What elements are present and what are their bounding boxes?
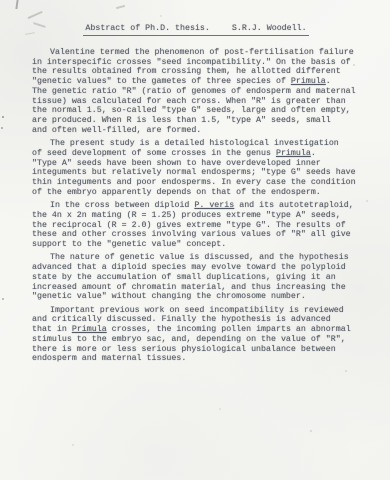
text-line: thin integuments and poor endosperms. In… <box>32 178 360 188</box>
abstract-page: Abstract of Ph.D. thesis.S.R.J. Woodell.… <box>32 24 360 368</box>
text-line: The nature of genetic value is discussed… <box>32 253 360 263</box>
text-line: The genetic ratio "R" (ratio of genomes … <box>32 87 360 97</box>
text-line: "Type A" seeds have been shown to have o… <box>32 159 360 169</box>
text-line: of the embryo apparently depends on that… <box>32 188 360 198</box>
text-line: "genetic values" to the gametes of three… <box>32 77 360 87</box>
abstract-paragraph: The present study is a detailed histolog… <box>32 139 360 198</box>
text-line: in interspecific crosses "seed incompati… <box>32 58 360 68</box>
text-line: "genetic value" without changing the chr… <box>32 292 360 302</box>
text-line: these and other crosses involving variou… <box>32 230 360 240</box>
title-thesis-label: Abstract of Ph.D. thesis. <box>85 24 209 34</box>
text-line: that in Primula crosses, the incoming po… <box>32 325 360 335</box>
page-title: Abstract of Ph.D. thesis.S.R.J. Woodell. <box>32 24 360 36</box>
abstract-paragraph: The nature of genetic value is discussed… <box>32 253 360 302</box>
abstract-paragraph: Valentine termed the phenomenon of post-… <box>32 48 360 136</box>
text-line: endosperm and maternal tissues. <box>32 354 360 364</box>
abstract-paragraph: Important previous work on seed incompat… <box>32 306 360 365</box>
text-line: and often well-filled, are formed. <box>32 126 360 136</box>
abstract-body: Valentine termed the phenomenon of post-… <box>32 48 360 364</box>
text-line: stimulus to the embryo sac, and, dependi… <box>32 335 360 345</box>
text-line: Important previous work on seed incompat… <box>32 306 360 316</box>
text-line: tissue) was calculated for each cross. W… <box>32 97 360 107</box>
text-line: advanced that a diploid species may evol… <box>32 263 360 273</box>
title-author-name: S.R.J. Woodell. <box>232 24 307 34</box>
text-line: the results obtained from crossing them,… <box>32 67 360 77</box>
text-line: of seed development of some crosses in t… <box>32 149 360 159</box>
text-line: In the cross between diploid P. veris an… <box>32 201 360 211</box>
text-line: Valentine termed the phenomenon of post-… <box>32 48 360 58</box>
page-title-underline: Abstract of Ph.D. thesis.S.R.J. Woodell. <box>83 24 308 36</box>
text-line: the 4n x 2n mating (R = 1.25) produces e… <box>32 211 360 221</box>
text-line: the normal 1.5, so-called "type G" seeds… <box>32 106 360 116</box>
text-line: the reciprocal (R = 2.0) gives extreme "… <box>32 221 360 231</box>
text-line: increased amount of chromatin material, … <box>32 283 360 293</box>
text-line: state by the accumulation of small dupli… <box>32 273 360 283</box>
text-line: and critically discussed. Finally the hy… <box>32 315 360 325</box>
abstract-paragraph: In the cross between diploid P. veris an… <box>32 201 360 250</box>
text-line: there is more or less serious physiologi… <box>32 345 360 355</box>
text-line: support to the "genetic value" concept. <box>32 240 360 250</box>
text-line: integuments but relatively normal endosp… <box>32 168 360 178</box>
text-line: The present study is a detailed histolog… <box>32 139 360 149</box>
text-line: are produced. When R is less than 1.5, "… <box>32 116 360 126</box>
